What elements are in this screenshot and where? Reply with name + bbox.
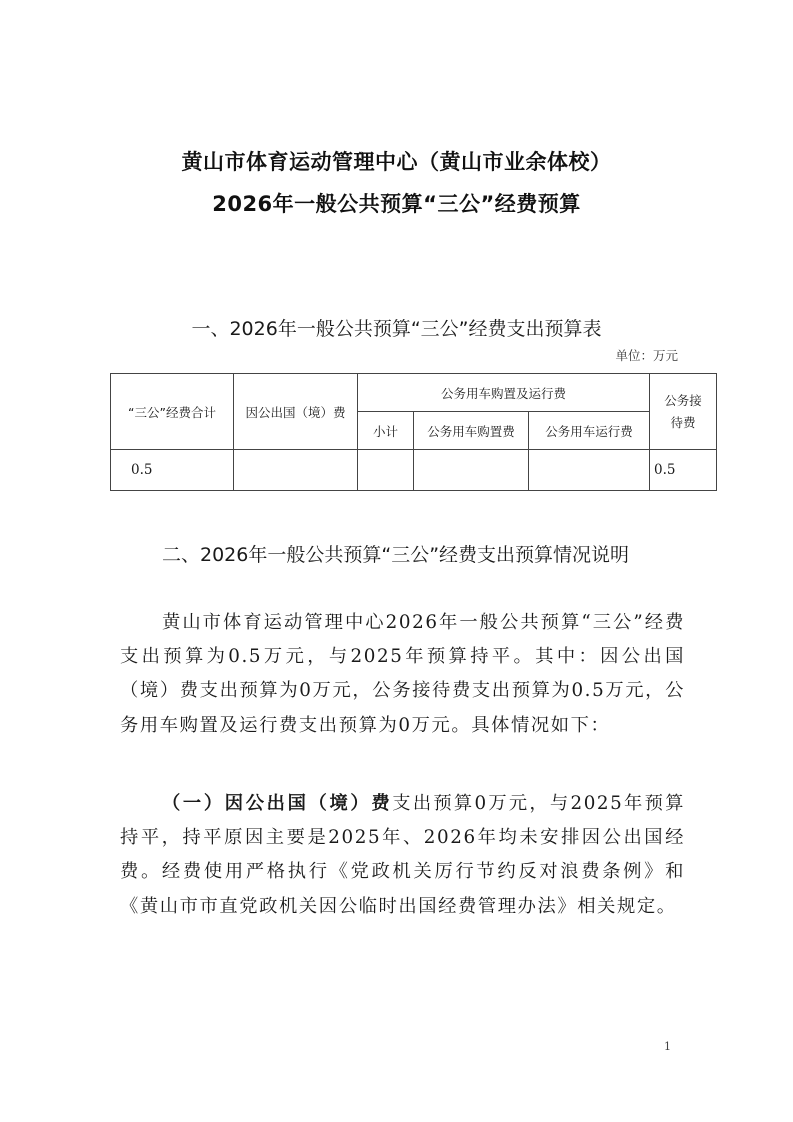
header-vehicle-subtotal: 小计 <box>358 412 414 450</box>
unit-label: 单位：万元 <box>615 346 678 364</box>
header-vehicle-purchase: 公务用车购置费 <box>414 412 529 450</box>
header-vehicle-operation: 公务用车运行费 <box>529 412 650 450</box>
cell-vehicle-subtotal <box>358 450 414 491</box>
cell-total: 0.5 <box>111 450 234 491</box>
section1-heading: 一、2026年一般公共预算“三公”经费支出预算表 <box>0 314 793 341</box>
document-title-line2: 2026年一般公共预算“三公”经费预算 <box>0 188 793 218</box>
paragraph-overseas-lead: （一）因公出国（境）费 <box>162 793 392 814</box>
page-number: 1 <box>664 1040 671 1053</box>
document-title-line1: 黄山市体育运动管理中心（黄山市业余体校） <box>0 146 793 176</box>
header-reception: 公务接待费 <box>650 374 717 450</box>
section2-heading: 二、2026年一般公共预算“三公”经费支出预算情况说明 <box>120 538 690 572</box>
table-row: 0.5 0.5 <box>111 450 717 491</box>
cell-reception: 0.5 <box>650 450 717 491</box>
paragraph-overview: 黄山市体育运动管理中心2026年一般公共预算“三公”经费支出预算为0.5万元，与… <box>120 606 685 743</box>
paragraph-overseas: （一）因公出国（境）费支出预算0万元，与2025年预算持平，持平原因主要是202… <box>120 787 685 924</box>
cell-vehicle-operation <box>529 450 650 491</box>
cell-vehicle-purchase <box>414 450 529 491</box>
header-vehicle-group: 公务用车购置及运行费 <box>358 374 650 412</box>
three-public-budget-table: “三公”经费合计 因公出国（境）费 公务用车购置及运行费 公务接待费 小计 公务… <box>110 373 717 491</box>
table-header-row-1: “三公”经费合计 因公出国（境）费 公务用车购置及运行费 公务接待费 <box>111 374 717 412</box>
cell-overseas <box>234 450 358 491</box>
header-overseas: 因公出国（境）费 <box>234 374 358 450</box>
header-total: “三公”经费合计 <box>111 374 234 450</box>
